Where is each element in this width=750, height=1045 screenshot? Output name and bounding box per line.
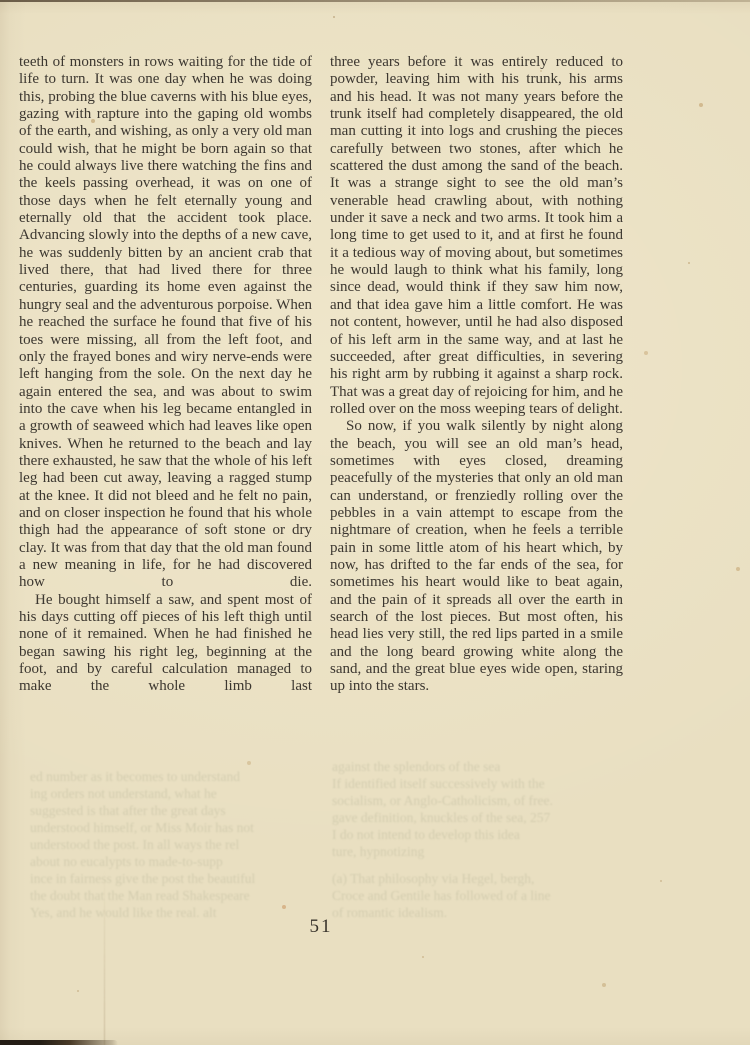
left-column: teeth of monsters in rows waiting for th… bbox=[19, 54, 312, 696]
bleedthrough-text-left: ed number as it becomes to understand in… bbox=[30, 768, 312, 921]
bleedthrough-line: suggested is that after the great days bbox=[30, 802, 312, 819]
bleedthrough-line: Croce and Gentile has followed of a line bbox=[332, 887, 622, 904]
bleedthrough-line: ing orders not understand, what he bbox=[30, 785, 312, 802]
bleedthrough-line: If identified itself successively with t… bbox=[332, 775, 622, 792]
scan-edge-bottom bbox=[0, 1040, 118, 1045]
paragraph: three years before it was entirely reduc… bbox=[330, 54, 623, 418]
bleedthrough-line: ed number as it becomes to understand bbox=[30, 768, 312, 785]
paragraph: So now, if you walk silently by night al… bbox=[330, 418, 623, 696]
paragraph: teeth of monsters in rows waiting for th… bbox=[19, 54, 312, 592]
bleedthrough-line: against the splendors of the sea bbox=[332, 758, 622, 775]
page-number: 51 bbox=[19, 916, 623, 938]
right-column: three years before it was entirely reduc… bbox=[330, 54, 623, 696]
bleedthrough-line: gave definition, knuckles of the sea, 25… bbox=[332, 809, 622, 826]
book-page: teeth of monsters in rows waiting for th… bbox=[0, 0, 750, 1045]
text-block: teeth of monsters in rows waiting for th… bbox=[19, 54, 623, 696]
bleedthrough-line: I do not intend to develop this idea bbox=[332, 826, 622, 843]
bleedthrough-line: (a) That philosophy via Hegel, bergh, bbox=[332, 870, 622, 887]
bleedthrough-gap bbox=[332, 860, 622, 870]
bleedthrough-line: ture, hypnotizing bbox=[332, 843, 622, 860]
scan-edge-top bbox=[0, 0, 750, 2]
bleedthrough-line: understood the post. In all ways the rel bbox=[30, 836, 312, 853]
bleedthrough-line: the doubt that the Man read Shakespeare bbox=[30, 887, 312, 904]
bleedthrough-line: about no eucalypts to made-to-supp bbox=[30, 853, 312, 870]
paragraph: He bought himself a saw, and spent most … bbox=[19, 592, 312, 696]
bleedthrough-line: ince in fairness give the post the beaut… bbox=[30, 870, 312, 887]
bleedthrough-line: socialism, or Anglo-Catholicism, of free… bbox=[332, 792, 622, 809]
bleedthrough-line: understood himself, or Miss Moir has not bbox=[30, 819, 312, 836]
bleedthrough-text-right: against the splendors of the sea If iden… bbox=[332, 758, 622, 921]
